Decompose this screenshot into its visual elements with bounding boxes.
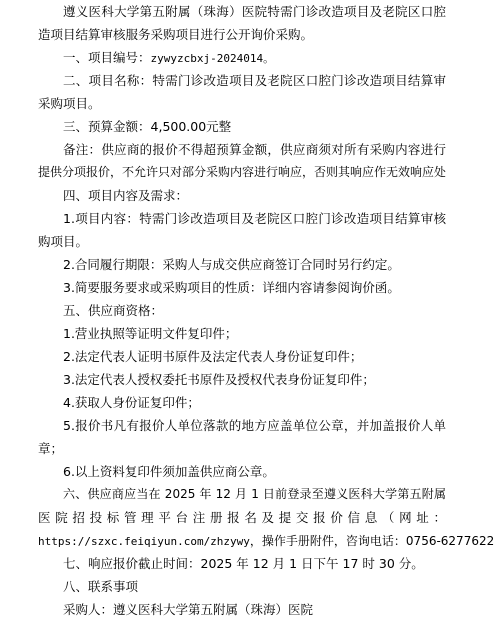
project-number-label: 一、项目编号： xyxy=(63,50,151,65)
section-5-item-5-line-2: 章； xyxy=(38,437,446,460)
purchaser-label: 采购人： xyxy=(63,602,113,617)
section-4-item-2: 2.合同履行期限：采购人与成交供应商签订合同时另行约定。 xyxy=(38,253,446,276)
section-5-item-2: 2.法定代表人证明书原件及法定代表人身份证复印件； xyxy=(38,345,446,368)
section-4-item-3: 3.简要服务要求或采购项目的性质：详细内容请参阅询价函。 xyxy=(38,276,446,299)
registration-url-link[interactable]: https://szxc.feiqiyun.com/zhzywy xyxy=(38,535,250,548)
announcement-document: 遵义医科大学第五附属（珠海）医院特需门诊改造项目及老院区口腔门诊改 造项目结算审… xyxy=(38,0,446,621)
project-number: 一、项目编号：zywyzcbxj-2024014。 xyxy=(38,46,446,69)
intro-line-1: 遵义医科大学第五附属（珠海）医院特需门诊改造项目及老院区口腔门诊改 xyxy=(38,0,446,23)
deadline: 七、响应报价截止时间：2025 年 12 月 1 日下午 17 时 30 分。 xyxy=(38,552,446,575)
section-4-heading: 四、项目内容及需求： xyxy=(38,184,446,207)
note-line-1: 备注：供应商的报价不得超预算金额，供应商须对所有采购内容进行响应并 xyxy=(38,138,446,161)
budget-amount: 三、预算金额：4,500.00元整 xyxy=(38,115,446,138)
section-5-item-3: 3.法定代表人授权委托书原件及授权代表身份证复印件； xyxy=(38,368,446,391)
purchaser: 采购人：遵义医科大学第五附属（珠海）医院 xyxy=(38,598,446,621)
section-8-heading: 八、联系事项 xyxy=(38,575,446,598)
deadline-label: 七、响应报价截止时间： xyxy=(63,556,201,571)
section-6-line-2: 医院招投标管理平台注册报名及提交报价信息（网址： xyxy=(38,506,446,529)
section-5-item-1: 1.营业执照等证明文件复印件； xyxy=(38,322,446,345)
project-name-line-1: 二、项目名称：特需门诊改造项目及老院区口腔门诊改造项目结算审核服务 xyxy=(38,69,446,92)
section-4-item-1-line-2: 购项目。 xyxy=(38,230,446,253)
budget-label: 三、预算金额： xyxy=(63,119,151,134)
section-5-heading: 五、供应商资格： xyxy=(38,299,446,322)
section-5-item-5-line-1: 5.报价书凡有报价人单位落款的地方应盖单位公章，并加盖报价人单位骑缝 xyxy=(38,414,446,437)
purchaser-value: 遵义医科大学第五附属（珠海）医院 xyxy=(113,602,313,617)
note-line-2: 提供分项报价，不允许只对部分采购内容进行响应，否则其响应作无效响应处理。 xyxy=(38,161,446,184)
intro-line-2: 造项目结算审核服务采购项目进行公开询价采购。 xyxy=(38,23,446,46)
section-6-line-3-rest: ，操作手册附件，咨询电话：0756-6277622）。 xyxy=(250,534,494,548)
section-5-item-4: 4.获取人身份证复印件； xyxy=(38,391,446,414)
budget-value: 4,500.00元整 xyxy=(151,119,232,134)
section-6-line-1: 六、供应商应当在 2025 年 12 月 1 日前登录至遵义医科大学第五附属（珠… xyxy=(38,483,446,506)
section-4-item-1-line-1: 1.项目内容：特需门诊改造项目及老院区口腔门诊改造项目结算审核服务采 xyxy=(38,207,446,230)
project-number-value: zywyzcbxj-2024014。 xyxy=(151,52,275,65)
project-name-line-2: 采购项目。 xyxy=(38,92,446,115)
deadline-value: 2025 年 12 月 1 日下午 17 时 30 分。 xyxy=(201,556,424,571)
section-5-item-6: 6.以上资料复印件须加盖供应商公章。 xyxy=(38,460,446,483)
section-6-line-3: https://szxc.feiqiyun.com/zhzywy，操作手册附件，… xyxy=(38,529,446,552)
